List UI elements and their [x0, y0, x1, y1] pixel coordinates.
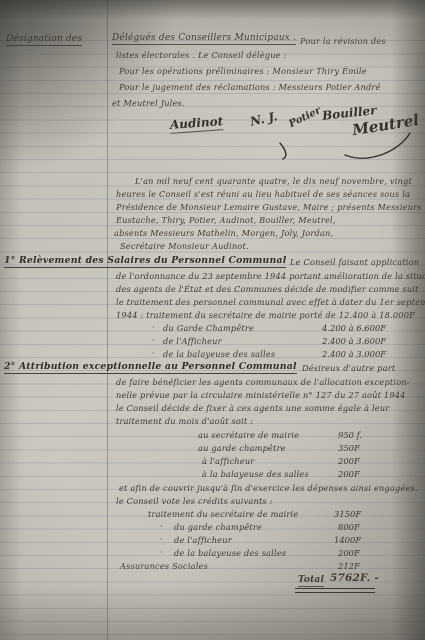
credit-item-value: 1400F — [334, 535, 361, 545]
section2-body-start: Désireux d'autre part — [302, 363, 395, 373]
credit-item-label: de la balayeuse des salles — [174, 548, 286, 558]
section1-line: 1944 : traitement du secrétaire de mairi… — [116, 310, 415, 320]
list-bullet: · — [160, 548, 163, 557]
header-title: Délégués des Conseillers Municipaux . — [112, 33, 296, 45]
header-line: et Meutrel Jules. — [112, 98, 185, 108]
seance-line: L'an mil neuf cent quarante quatre, le d… — [135, 176, 412, 186]
total-label: Total — [298, 575, 324, 587]
credit-item-value: 800F — [338, 522, 360, 532]
list-bullet: · — [160, 535, 163, 544]
register-page: Désignation des Délégués des Conseillers… — [0, 0, 425, 640]
award-item-value: 200F — [338, 469, 360, 479]
section2-line: nelle prévue par la circulaire ministéri… — [116, 390, 406, 400]
section2-line: le Conseil décide de fixer à ces agents … — [116, 403, 389, 413]
salary-item-value: 2.400 à 3.000F — [322, 349, 386, 359]
section1-line: des agents de l'État et des Communes déc… — [116, 284, 419, 294]
award-item-label: à la balayeuse des salles — [202, 469, 309, 479]
section2-line: de faire bénéficier les agents communaux… — [116, 377, 410, 387]
header-line: Pour le jugement des réclamations : Mess… — [119, 82, 381, 92]
credit-item-label: de l'afficheur — [174, 535, 232, 545]
seance-line: heures le Conseil s'est réuni au lieu ha… — [116, 189, 410, 199]
award-item-label: au secrétaire de mairie — [198, 430, 299, 440]
credit-item-value: 212F — [338, 561, 360, 571]
section2-heading: 2° Attribution exceptionnelle au Personn… — [4, 361, 297, 374]
signature-initials: N. J. — [249, 109, 279, 128]
credit-item-label: du garde champêtre — [174, 522, 262, 532]
salary-item-value: 2.400 à 3.600F — [322, 336, 386, 346]
header-line: Pour les opérations préliminaires : Mons… — [119, 66, 367, 76]
seance-line: Eustache, Thiry, Potier, Audinot, Bouill… — [116, 215, 336, 225]
section1-line: de l'ordonnance du 23 septembre 1944 por… — [116, 271, 425, 281]
credit-item-label: Assurances Sociales — [120, 561, 208, 571]
section1-line: le traitement des personnel communal ave… — [116, 297, 425, 307]
list-bullet: · — [160, 522, 163, 531]
margin-rule — [107, 0, 108, 640]
total-value: 5762F. - — [330, 572, 379, 584]
section1-heading: 1° Relèvement des Salaires du Personnel … — [4, 255, 286, 268]
list-bullet: · — [152, 336, 155, 345]
credit-item-value: 200F — [338, 548, 360, 558]
salary-item-label: du Garde Champêtre — [163, 323, 254, 333]
section1-body-start: Le Conseil faisant application — [290, 257, 419, 267]
header-intro-right: Pour la révision des — [300, 36, 386, 46]
award-item-value: 350F — [338, 443, 360, 453]
list-bullet: · — [152, 349, 155, 358]
header-line: listes électorales . Le Conseil délègue … — [116, 50, 286, 60]
section2-line: le Conseil vote les crédits suivants : — [116, 496, 273, 506]
signature-potier: Potier — [287, 105, 322, 130]
seance-line: Présidence de Monsieur Lemaire Gustave, … — [116, 202, 422, 212]
seance-line: absents Messieurs Mathelin, Morgen, Joly… — [114, 228, 333, 238]
award-item-label: au garde champêtre — [198, 443, 286, 453]
salary-item-label: de l'Afficheur — [163, 336, 222, 346]
award-item-value: 950 f. — [338, 430, 362, 440]
total-underline — [295, 588, 375, 593]
section2-line: traitement du mois d'août soit : — [116, 416, 253, 426]
list-bullet: · — [152, 323, 155, 332]
salary-item-label: de la balayeuse des salles — [163, 349, 275, 359]
seance-line: Secrétaire Monsieur Audinot. — [120, 241, 249, 251]
award-item-label: à l'afficheur — [202, 456, 254, 466]
credit-item-value: 3150F — [334, 509, 361, 519]
header-margin-title: Désignation des — [6, 34, 82, 46]
signature-audinot: Audinot — [170, 114, 224, 134]
salary-item-value: 4.200 à 6.600F — [322, 323, 386, 333]
section2-line: et afin de couvrir jusqu'à fin d'exercic… — [119, 483, 418, 493]
credit-item-label: traitement du secrétaire de mairie — [148, 509, 298, 519]
award-item-value: 200F — [338, 456, 360, 466]
